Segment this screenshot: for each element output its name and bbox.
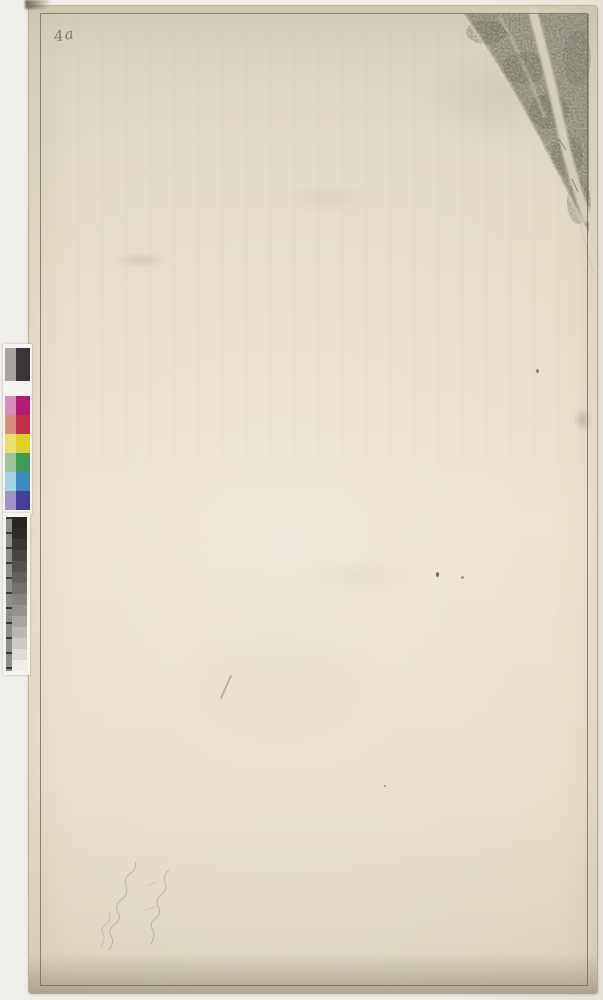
grayscale-wedge xyxy=(12,517,27,671)
scanned-map-sheet: { "document": { "kind": "Scanned archiva… xyxy=(0,0,603,1000)
grayscale-step xyxy=(12,649,27,660)
patch-row xyxy=(5,472,30,491)
grayscale-step xyxy=(12,572,27,583)
color-patch xyxy=(5,434,16,453)
grayscale-step xyxy=(12,550,27,561)
patch-row xyxy=(5,453,30,472)
color-calibration-target xyxy=(3,344,32,514)
paper-speck xyxy=(536,369,539,373)
patch-row xyxy=(5,491,30,510)
patch-row xyxy=(5,396,30,415)
grayscale-step xyxy=(12,616,27,627)
paper-scratch xyxy=(220,675,232,700)
color-patch xyxy=(5,348,16,381)
grayscale-step xyxy=(12,528,27,539)
color-patch xyxy=(16,453,30,472)
color-patch xyxy=(16,472,30,491)
grayscale-step xyxy=(12,627,27,638)
patch-row xyxy=(5,434,30,453)
color-patch xyxy=(5,491,16,510)
grayscale-step xyxy=(12,594,27,605)
color-patch xyxy=(16,348,30,381)
grayscale-step xyxy=(12,561,27,572)
grayscale-step xyxy=(12,517,27,528)
grayscale-step xyxy=(12,539,27,550)
color-patch xyxy=(5,415,16,434)
color-patch xyxy=(16,434,30,453)
color-patch xyxy=(5,472,16,491)
color-patch-grid xyxy=(5,348,30,510)
color-patch xyxy=(16,491,30,510)
pencil-inscription xyxy=(93,846,183,956)
paper-speck xyxy=(461,576,464,579)
color-patch xyxy=(16,415,30,434)
terrain-drawing xyxy=(463,12,593,272)
grayscale-step xyxy=(12,660,27,671)
patch-row xyxy=(5,348,30,381)
color-patch xyxy=(5,453,16,472)
grayscale-step xyxy=(12,638,27,649)
paper-speck xyxy=(384,785,386,787)
grayscale-wedge-card xyxy=(3,513,30,675)
color-patch xyxy=(16,396,30,415)
color-patch xyxy=(5,396,16,415)
patch-row xyxy=(5,415,30,434)
terrain-sketch xyxy=(429,6,599,276)
map-paper-sheet: 4a xyxy=(29,6,597,993)
grayscale-step xyxy=(12,605,27,616)
grayscale-step xyxy=(12,583,27,594)
paper-corner-shadow xyxy=(25,0,55,9)
corner-mark: 4a xyxy=(53,24,76,45)
paper-speck xyxy=(436,572,439,577)
